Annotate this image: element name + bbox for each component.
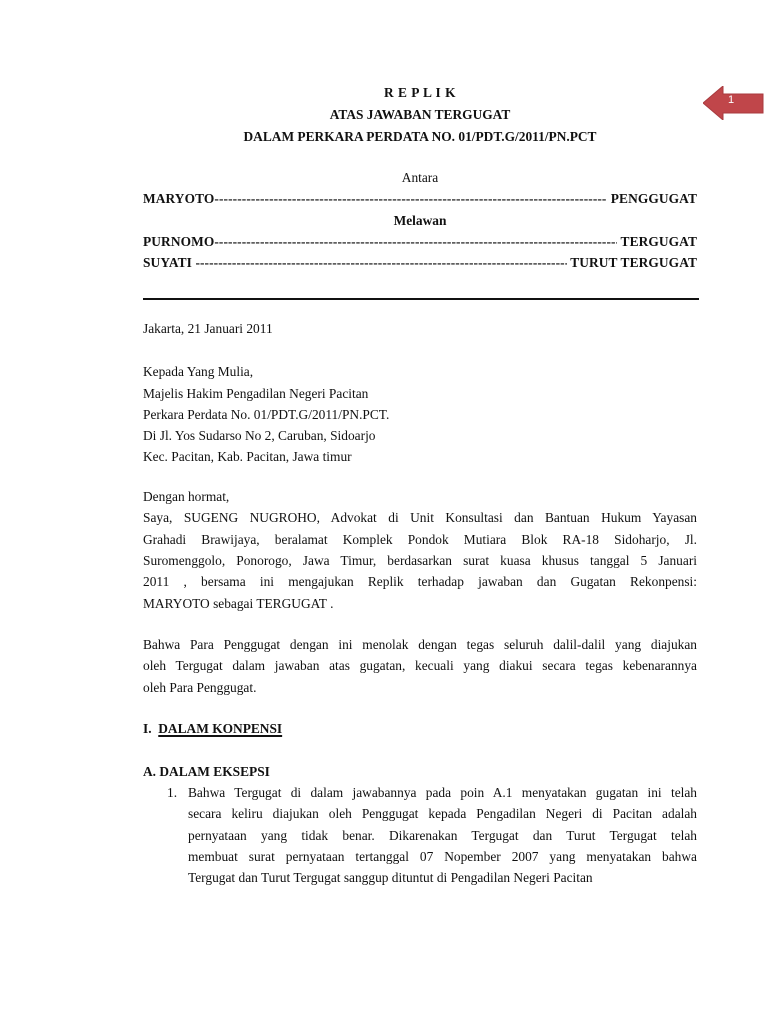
section-heading-konpensi: I. DALAM KONPENSI xyxy=(143,721,697,737)
list-item-line: pernyataan yang tidak benar. Dikarenakan… xyxy=(188,828,697,844)
list-item-line: secara keliru diajukan oleh Penggugat ke… xyxy=(188,806,697,822)
intro-line: 2011 , bersama ini mengajukan Replik ter… xyxy=(143,574,697,590)
document-title: R E P L I K xyxy=(143,85,697,101)
co-defendant-name: SUYATI xyxy=(143,255,195,271)
section-numeral: I. xyxy=(143,721,152,736)
addressee-line: Kepada Yang Mulia, xyxy=(143,364,697,380)
rejection-line: oleh Tergugat dalam jawaban atas gugatan… xyxy=(143,658,697,674)
dash-leader: ----------------------------------------… xyxy=(195,255,566,271)
defendant-role: TERGUGAT xyxy=(621,234,697,250)
between-label: Antara xyxy=(143,170,697,186)
dash-leader: ----------------------------------------… xyxy=(214,234,617,250)
intro-line: MARYOTO sebagai TERGUGAT . xyxy=(143,596,697,612)
versus-label: Melawan xyxy=(143,213,697,229)
date-line: Jakarta, 21 Januari 2011 xyxy=(143,321,697,337)
rejection-line: oleh Para Penggugat. xyxy=(143,680,697,696)
defendant-name: PURNOMO xyxy=(143,234,214,250)
addressee-line: Kec. Pacitan, Kab. Pacitan, Jawa timur xyxy=(143,449,697,465)
greeting: Dengan hormat, xyxy=(143,489,697,505)
case-number-line: DALAM PERKARA PERDATA NO. 01/PDT.G/2011/… xyxy=(143,129,697,145)
horizontal-rule xyxy=(143,298,699,300)
intro-line: Grahadi Brawijaya, beralamat Komplek Pon… xyxy=(143,532,697,548)
co-defendant-role: TURUT TERGUGAT xyxy=(570,255,697,271)
co-defendant-line: SUYATI ---------------------------------… xyxy=(143,255,697,271)
dash-leader: ----------------------------------------… xyxy=(214,191,607,207)
addressee-line: Perkara Perdata No. 01/PDT.G/2011/PN.PCT… xyxy=(143,407,697,423)
plaintiff-name: MARYOTO xyxy=(143,191,214,207)
subsection-heading-eksepsi: A. DALAM EKSEPSI xyxy=(143,764,697,780)
addressee-line: Di Jl. Yos Sudarso No 2, Caruban, Sidoar… xyxy=(143,428,697,444)
list-item-line: membuat surat pernyataan tertanggal 07 N… xyxy=(188,849,697,865)
section-title: DALAM KONPENSI xyxy=(158,721,282,736)
intro-line: Suromenggolo, Ponorogo, Jawa Timur, berd… xyxy=(143,553,697,569)
list-item-line: Bahwa Tergugat di dalam jawabannya pada … xyxy=(188,785,697,801)
defendant-line: PURNOMO --------------------------------… xyxy=(143,234,697,250)
document-subtitle: ATAS JAWABAN TERGUGAT xyxy=(143,107,697,123)
list-item-line: Tergugat dan Turut Tergugat sanggup ditu… xyxy=(188,870,697,886)
addressee-line: Majelis Hakim Pengadilan Negeri Pacitan xyxy=(143,386,697,402)
page-number: 1 xyxy=(724,94,738,106)
plaintiff-line: MARYOTO --------------------------------… xyxy=(143,191,697,207)
rejection-line: Bahwa Para Penggugat dengan ini menolak … xyxy=(143,637,697,653)
intro-line: Saya, SUGENG NUGROHO, Advokat di Unit Ko… xyxy=(143,510,697,526)
plaintiff-role: PENGGUGAT xyxy=(611,191,697,207)
list-number: 1. xyxy=(167,785,187,801)
